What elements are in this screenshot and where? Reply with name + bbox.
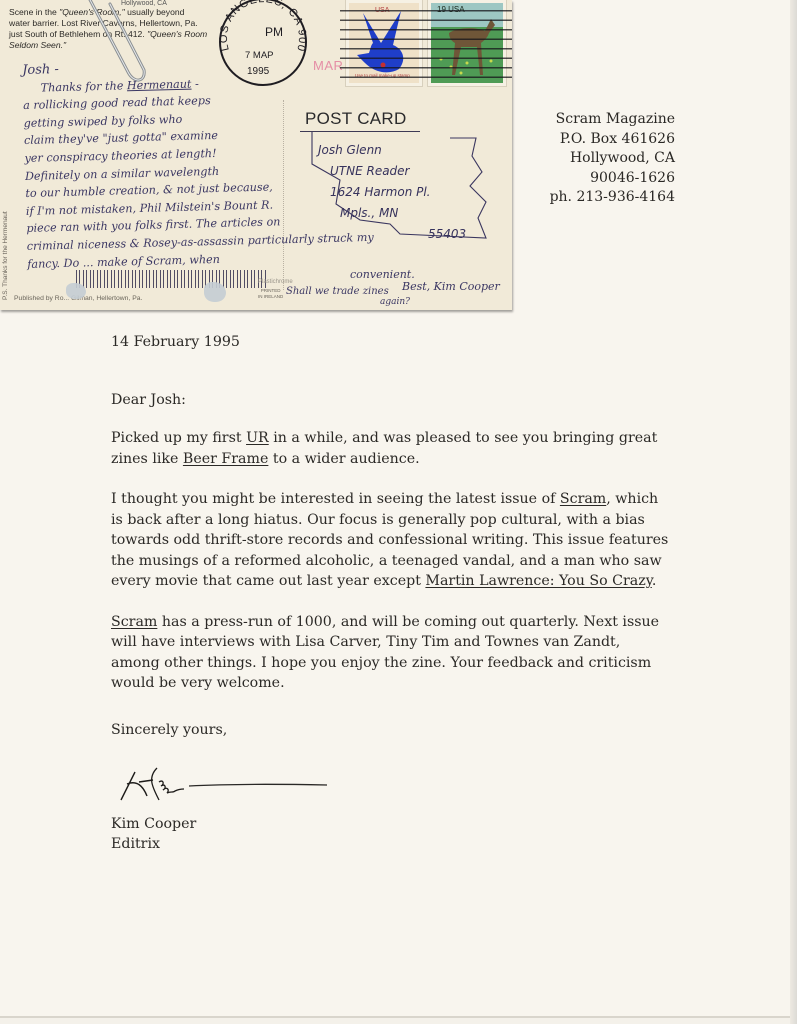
text: Scene in the — [9, 7, 59, 17]
page-edge — [790, 0, 797, 1024]
postmark-city: LOS ANGELES, CA 900 74 — [213, 0, 308, 53]
fawn-icon — [431, 3, 503, 83]
handwritten-message: Josh - Thanks for the Hermenaut - a roll… — [22, 55, 297, 273]
signer-title: Editrix — [111, 834, 671, 854]
message-signoff: Best, Kim Cooper — [402, 280, 500, 293]
fawn-stamp: 19 USA — [428, 0, 506, 86]
text: IN IRELAND — [258, 294, 283, 300]
text: has a press-run of 1000, and will be com… — [111, 614, 659, 692]
salutation: Dear Josh: — [111, 390, 671, 411]
dove-stamp: USA Use to mail make-up stamp — [346, 0, 422, 86]
address-line: Josh Glenn — [318, 140, 466, 161]
barcode — [76, 270, 266, 288]
postcard-title: POST CARD — [305, 109, 407, 129]
address-line: UTNE Reader — [318, 161, 466, 182]
closing: Sincerely yours, — [111, 720, 671, 741]
text: Thanks for the — [41, 79, 128, 94]
text: Picked up my first — [111, 430, 246, 446]
text: - — [191, 77, 199, 90]
letterhead-line: P.O. Box 461626 — [550, 130, 675, 150]
stamp-caption: Use to mail make-up stamp — [355, 73, 410, 78]
stamp-label: 19 USA — [437, 5, 465, 14]
underlined-title: Martin Lawrence: You So Crazy — [425, 573, 651, 589]
letterhead-line: ph. 213-936-4164 — [550, 188, 675, 208]
text: Hermenaut — [127, 77, 192, 92]
postcard: Hollywood, CA Scene in the "Queen's Room… — [0, 0, 512, 310]
letter-body: 14 February 1995 Dear Josh: Picked up my… — [111, 332, 671, 854]
text: to a wider audience. — [268, 451, 419, 467]
meter-mark: MAR — [313, 58, 343, 73]
message-line: again? — [380, 297, 410, 307]
underlined-title: Scram — [560, 491, 606, 507]
text: PRINTED — [258, 288, 283, 294]
paragraph-1: Picked up my first UR in a while, and wa… — [111, 428, 671, 469]
signature — [111, 756, 671, 808]
wear-spot — [204, 282, 226, 302]
text: . — [652, 573, 657, 589]
paragraph-3: Scram has a press-run of 1000, and will … — [111, 612, 671, 694]
underlined-title: Scram — [111, 614, 157, 630]
letter-date: 14 February 1995 — [111, 332, 671, 353]
side-print: P.S. Thanks for the Hermenaut — [2, 211, 9, 300]
letterhead: Scram Magazine P.O. Box 461626 Hollywood… — [550, 110, 675, 208]
printed-in: PRINTED IN IRELAND — [258, 288, 283, 299]
signature-scribble-icon — [117, 756, 337, 808]
stamp-label: USA — [375, 7, 389, 14]
postmark-time: PM — [265, 25, 283, 39]
address-line: 55403 — [318, 224, 466, 245]
underlined-title: Beer Frame — [183, 451, 268, 467]
recipient-address: Josh Glenn UTNE Reader 1624 Harmon Pl. M… — [318, 140, 466, 245]
text: Seldom Seen." — [9, 40, 66, 50]
underlined-title: UR — [246, 430, 269, 446]
brand-mark: Plastichrome — [258, 279, 293, 285]
wear-spot — [66, 283, 86, 299]
svg-text:LOS ANGELES, CA 900 74: LOS ANGELES, CA 900 74 — [213, 0, 308, 53]
letterhead-line: Hollywood, CA — [550, 149, 675, 169]
dove-icon — [349, 3, 419, 83]
text: I thought you might be interested in see… — [111, 491, 560, 507]
paragraph-2: I thought you might be interested in see… — [111, 489, 671, 592]
message-line: Shall we trade zines — [286, 286, 389, 297]
letterhead-line: 90046-1626 — [550, 169, 675, 189]
address-line: 1624 Harmon Pl. — [318, 182, 466, 203]
text: "Queen's Room — [147, 29, 207, 39]
address-line: Mpls., MN — [318, 203, 466, 224]
signer-name: Kim Cooper — [111, 814, 671, 834]
letterhead-line: Scram Magazine — [550, 110, 675, 130]
